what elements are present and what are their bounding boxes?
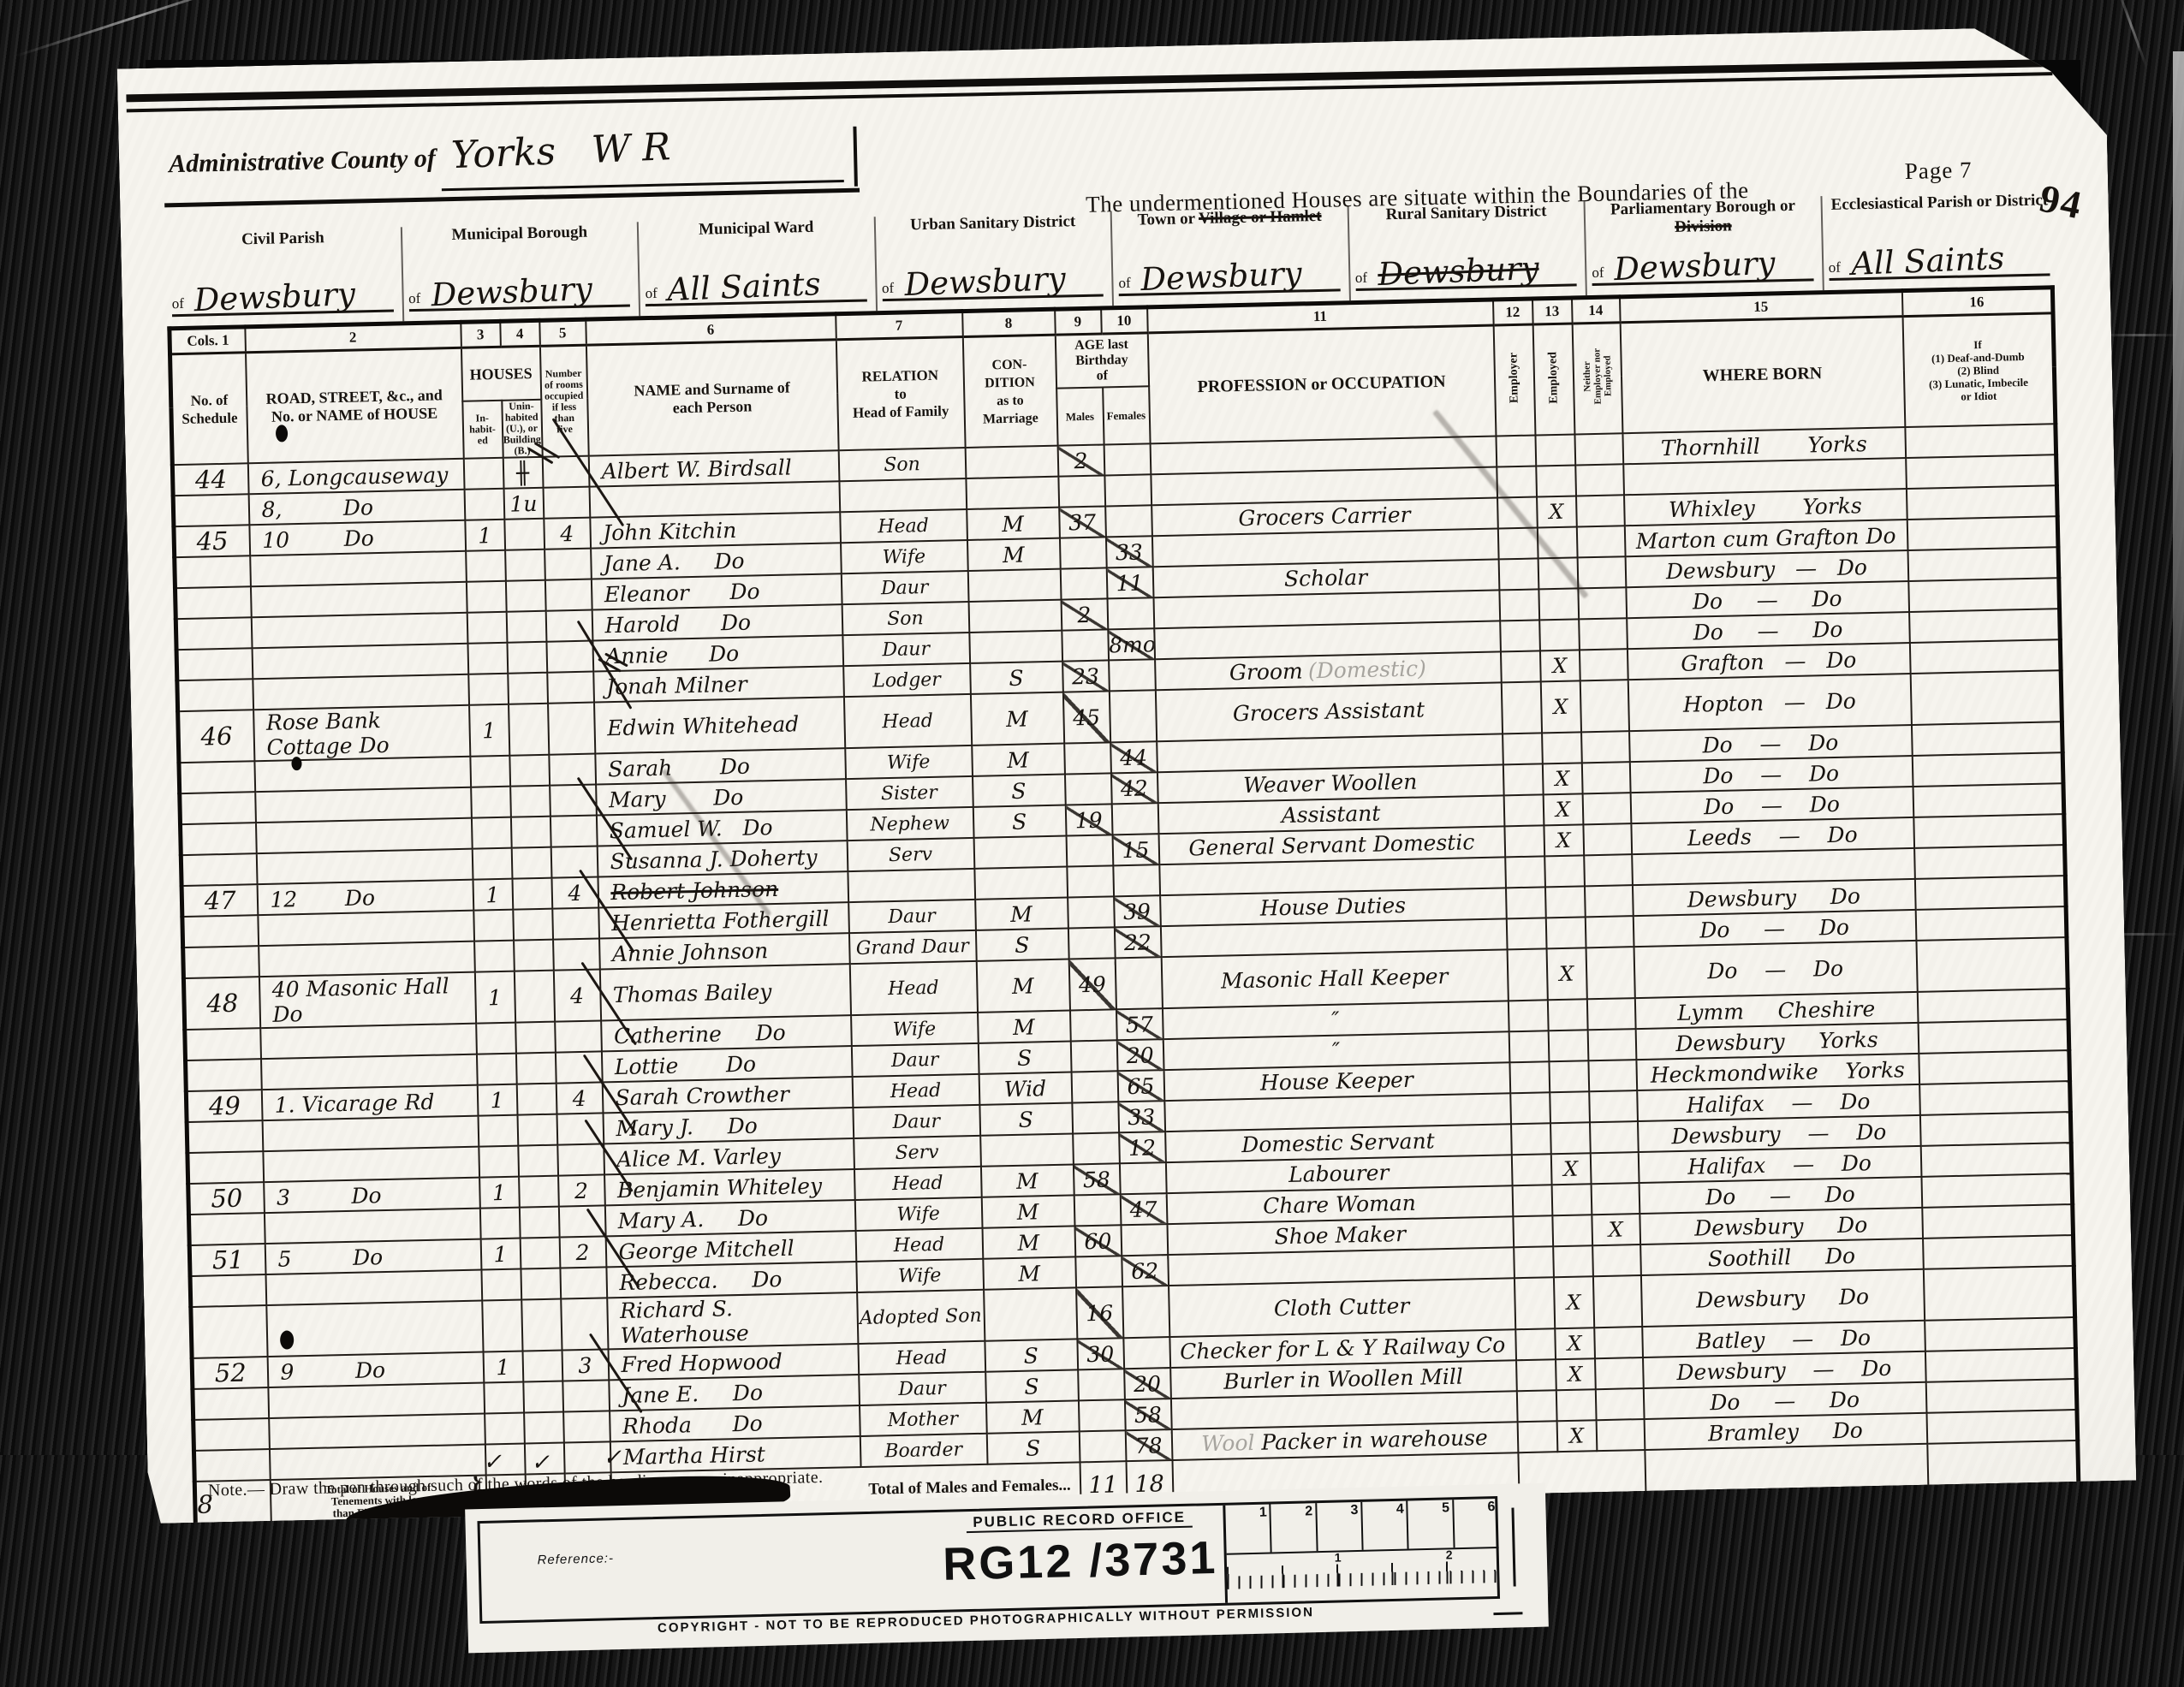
of-label: of	[172, 295, 185, 312]
age-female-cell	[1109, 659, 1156, 691]
condition-cell	[966, 477, 1059, 509]
schedule-cell	[193, 1449, 270, 1482]
employed-cell: X	[1556, 1358, 1596, 1390]
infirmity-cell	[1913, 814, 2065, 848]
employed-cell: X	[1537, 496, 1577, 527]
header-field: Ecclesiastical Parish or District of All…	[1822, 191, 2059, 290]
infirmity-cell	[1907, 547, 2059, 581]
schedule-cell	[191, 1305, 267, 1358]
cm-ruler: 1 2	[1227, 1548, 1500, 1589]
relation-cell: Daur	[859, 1372, 986, 1405]
neither-cell	[1595, 1357, 1644, 1389]
age-female-cell	[1105, 505, 1152, 537]
occupation-text: Shoe Maker	[1274, 1221, 1406, 1249]
field-value-line: of Dewsbury	[1591, 234, 1813, 286]
inch-ruler-cell: 3	[1317, 1502, 1364, 1551]
age-female-cell: 11	[1106, 567, 1153, 598]
schedule-cell: 52	[192, 1357, 268, 1389]
field-value: Dewsbury	[193, 276, 356, 318]
header-males: Males	[1056, 388, 1104, 446]
employed-cell	[1550, 1122, 1591, 1154]
neither-cell	[1590, 1152, 1639, 1184]
relation-cell: Grand Daur	[848, 930, 976, 964]
condition-cell: S	[972, 775, 1065, 807]
age-male-cell	[1058, 475, 1105, 507]
age-female-cell: 12	[1119, 1132, 1166, 1163]
age-female-cell: 15	[1112, 834, 1159, 865]
occupation-text: Assistant	[1281, 801, 1380, 829]
condition-cell: S	[975, 929, 1068, 961]
house-cell: 9 Do	[267, 1352, 484, 1387]
house-cell	[269, 1445, 485, 1480]
occupation-text: Chare Woman	[1263, 1191, 1416, 1219]
schedule-cell: 45	[174, 525, 250, 557]
header-field: Urban Sanitary District of Dewsbury	[875, 211, 1114, 311]
house-cell	[256, 849, 473, 884]
relation-cell: Head	[840, 509, 967, 543]
infirmity-cell	[1925, 1348, 2076, 1382]
field-value: All Saints	[667, 265, 822, 308]
schedule-cell	[190, 1274, 266, 1307]
occupation-text: Cloth Cutter	[1274, 1293, 1410, 1321]
census-table: Cols. 1 2 3 4 5 6 7 8 9 10 11 12 13 14 1…	[167, 285, 2080, 1531]
inhabited-cell	[467, 612, 507, 644]
header-houses-group: HOUSES	[461, 346, 540, 401]
condition-cell	[984, 1287, 1077, 1340]
occupation-cell: Cloth Cutter	[1169, 1278, 1515, 1337]
occupation-text: Groom	[1229, 658, 1303, 685]
house-cell	[250, 582, 467, 617]
house-cell: 40 Masonic Hall Do	[259, 972, 475, 1028]
infirmity-cell	[1919, 1112, 2071, 1146]
infirmity-cell	[1917, 989, 2068, 1023]
age-female-cell	[1121, 1224, 1168, 1256]
uninhabited-cell	[512, 878, 552, 910]
header-road: ROAD, STREET, &c., and No. or NAME of HO…	[245, 347, 463, 463]
relation-cell: Son	[842, 602, 969, 635]
age-male-cell	[1078, 1399, 1125, 1431]
relation-cell: Head	[854, 1167, 981, 1200]
header-inhabited: In- habit- ed	[462, 401, 503, 459]
schedule-cell	[183, 946, 259, 978]
inhabited-cell: 1	[477, 1084, 517, 1116]
condition-cell	[969, 631, 1062, 663]
occupation-text: Domestic Servant	[1241, 1128, 1435, 1157]
of-label: of	[1118, 275, 1131, 292]
header-infirm: If (1) Deaf-and-Dumb (2) Blind (3) Lunat…	[1902, 313, 2056, 427]
rooms-cell: 2	[558, 1174, 605, 1206]
cm-number: 1	[1335, 1550, 1342, 1564]
age-male-cell: 2	[1057, 444, 1104, 476]
scratch-streak	[15, 0, 259, 57]
occupation-text: Burler in Woollen Mill	[1223, 1364, 1463, 1394]
uninhabited-cell	[518, 1145, 558, 1177]
inhabited-cell	[463, 458, 503, 490]
occupation-cell: Grocers Assistant	[1155, 682, 1502, 741]
age-male-cell	[1060, 567, 1107, 599]
field-value: Dewsbury	[1377, 250, 1539, 293]
condition-cell: M	[976, 959, 1069, 1013]
check-mark: ✓	[603, 1445, 622, 1470]
employer-cell	[1505, 887, 1545, 918]
condition-cell: M	[967, 508, 1060, 540]
schedule-cell: 49	[186, 1090, 262, 1122]
age-female-cell: 20	[1124, 1368, 1171, 1399]
schedule-cell	[177, 679, 253, 711]
rooms-cell	[550, 846, 598, 878]
relation-cell: Sister	[846, 776, 973, 810]
relation-cell: Daur	[851, 1043, 979, 1077]
age-male-cell: 58	[1073, 1163, 1120, 1195]
age-female-cell	[1104, 474, 1152, 506]
field-label: Civil Parish	[170, 227, 396, 251]
occupation-text: Grocers Carrier	[1238, 502, 1411, 531]
field-value: Dewsbury	[1140, 255, 1303, 298]
employer-cell	[1503, 794, 1544, 826]
infirmity-cell	[1920, 1143, 2072, 1177]
neither-cell	[1588, 1060, 1637, 1091]
age-female-cell: 20	[1116, 1039, 1163, 1071]
relation-cell: Lodger	[843, 663, 971, 697]
schedule-cell: 50	[188, 1182, 265, 1215]
employer-cell	[1500, 650, 1540, 682]
field-value: All Saints	[1850, 240, 2005, 282]
relation-cell: Wife	[841, 540, 968, 573]
age-male-cell: 16	[1076, 1286, 1123, 1339]
employer-cell	[1499, 589, 1539, 621]
col-number: Cols. 1	[170, 327, 246, 354]
inhabited-cell	[464, 489, 504, 520]
uninhabited-cell	[510, 817, 550, 848]
age-female-cell: 42	[1110, 772, 1157, 804]
age-female-cell	[1111, 803, 1158, 835]
condition-cell	[980, 1133, 1074, 1166]
neither-cell	[1584, 885, 1633, 917]
field-value-line: of All Saints	[1828, 229, 2050, 281]
neither-cell	[1584, 854, 1633, 886]
county-box-bottom	[164, 188, 860, 208]
age-male-cell: 37	[1059, 506, 1106, 538]
condition-cell: S	[979, 1102, 1073, 1135]
field-value: Dewsbury	[430, 270, 592, 313]
employer-cell	[1504, 825, 1544, 857]
field-label: Municipal Ward	[644, 217, 869, 241]
uninhabited-cell	[505, 580, 545, 612]
rooms-cell: 2	[559, 1236, 606, 1268]
name-cell: Edwin Whitehead	[594, 697, 845, 753]
header-schedule: No. of Schedule	[170, 353, 248, 465]
occupation-text: Checker for L & Y Railway Co	[1180, 1333, 1506, 1364]
occupation-text: Labourer	[1288, 1160, 1390, 1187]
header-name: NAME and Surname of each Person	[586, 340, 838, 456]
cm-number: 2	[1446, 1547, 1453, 1561]
condition-cell: M	[982, 1226, 1075, 1258]
age-female-cell: 39	[1114, 895, 1161, 927]
col-number: 7	[836, 312, 963, 340]
field-value-line: of Dewsbury	[881, 249, 1104, 301]
uninhabited-cell	[519, 1207, 559, 1239]
rooms-cell	[550, 785, 597, 817]
employed-cell: X	[1553, 1276, 1593, 1328]
uninhabited-cell	[513, 909, 553, 941]
uninhabited-cell	[519, 1176, 559, 1208]
inhabited-cell	[471, 817, 511, 849]
schedule-cell	[180, 792, 256, 824]
employed-cell	[1547, 999, 1587, 1031]
col-number: 9	[1055, 308, 1102, 335]
neither-cell	[1586, 947, 1634, 999]
age-male-cell	[1072, 1102, 1119, 1133]
inch-ruler: 123456	[1225, 1499, 1498, 1555]
census-scan: { "page": { "page_label": "Page 7", "fol…	[0, 0, 2184, 1687]
condition-cell: M	[967, 538, 1060, 571]
employed-cell	[1544, 855, 1585, 887]
employer-cell	[1509, 1031, 1549, 1062]
infirmity-cell	[1919, 1050, 2070, 1084]
condition-cell: M	[981, 1195, 1074, 1227]
inhabited-cell	[476, 1023, 516, 1054]
age-male-cell: 2	[1061, 598, 1108, 630]
neither-cell	[1581, 731, 1630, 763]
employed-cell: X	[1546, 947, 1586, 1000]
inhabited-cell	[473, 910, 514, 942]
infirmity-cell	[1908, 578, 2060, 612]
infirmity-cell	[1915, 906, 2067, 941]
schedule-cell	[193, 1387, 269, 1420]
condition-cell: M	[978, 1011, 1071, 1043]
inhabited-cell	[474, 941, 515, 972]
schedule-cell	[187, 1151, 264, 1184]
inhabited-cell: 1	[473, 879, 513, 911]
uninhabited-cell	[521, 1299, 562, 1351]
col-number: 4	[500, 320, 540, 347]
inhabited-cell	[482, 1300, 522, 1352]
house-cell	[265, 1270, 482, 1305]
age-male-cell: 60	[1074, 1225, 1122, 1256]
employer-cell	[1498, 558, 1538, 590]
relation-cell: Son	[838, 448, 966, 481]
employer-cell	[1509, 1061, 1550, 1093]
uninhabited-cell	[515, 1053, 556, 1084]
check-mark: ✓	[531, 1450, 550, 1476]
house-cell: Rose Bank Cottage Do	[253, 705, 470, 761]
employed-cell	[1538, 588, 1579, 620]
age-male-cell	[1064, 742, 1111, 774]
header-where-born: WHERE BORN	[1620, 317, 1905, 434]
field-value-line: of Dewsbury	[408, 260, 630, 312]
schedule-cell	[175, 555, 251, 588]
condition-cell	[965, 446, 1058, 478]
employed-cell	[1550, 1091, 1590, 1123]
house-cell	[259, 942, 475, 977]
of-label: of	[408, 290, 421, 307]
schedule-cell: 44	[172, 463, 248, 496]
employer-cell	[1512, 1185, 1552, 1216]
age-female-cell: 57	[1116, 1008, 1163, 1040]
house-cell	[263, 1147, 479, 1182]
inhabited-cell: 1	[479, 1177, 520, 1209]
age-female-cell	[1119, 1162, 1166, 1194]
condition-cell: M	[980, 1164, 1074, 1197]
age-male-cell	[1070, 1040, 1117, 1072]
col-number: 14	[1571, 297, 1620, 324]
rooms-cell	[552, 908, 599, 940]
inhabited-cell: 1	[474, 971, 515, 1024]
employer-cell	[1511, 1123, 1551, 1155]
age-female-cell	[1107, 597, 1154, 629]
condition-cell: M	[975, 898, 1068, 930]
employer-cell	[1510, 1092, 1550, 1124]
schedule-cell	[181, 853, 257, 886]
stamp-reference-label: Reference:-	[537, 1551, 614, 1567]
header-uninhabited: Unin- habited (U.), or Building (B.)	[502, 400, 542, 458]
age-male-cell	[1075, 1256, 1122, 1287]
age-female-cell: 78	[1125, 1429, 1172, 1461]
house-cell	[252, 644, 468, 679]
header-field: Parliamentary Borough or Division of Dew…	[1586, 196, 1824, 295]
age-male-cell	[1069, 1009, 1116, 1041]
header-field: Town or Village or Hamlet of Dewsbury	[1112, 206, 1351, 306]
name-cell: Richard S. Waterhouse	[607, 1292, 858, 1349]
white-edge-sliver	[2173, 51, 2184, 822]
neither-cell	[1575, 464, 1624, 496]
inch-ruler-cell: 6	[1454, 1499, 1499, 1547]
uninhabited-cell	[514, 940, 554, 971]
age-female-cell	[1109, 690, 1156, 742]
house-cell: 5 Do	[265, 1239, 481, 1274]
neither-cell	[1585, 916, 1634, 947]
header-age-group: AGE last Birthday of	[1055, 333, 1148, 389]
check-mark: ✓	[483, 1449, 502, 1475]
inhabited-cell	[470, 756, 510, 787]
col-number: 10	[1101, 307, 1148, 334]
age-female-cell	[1115, 957, 1162, 1009]
age-male-cell: 23	[1062, 660, 1110, 692]
header-relation: RELATION to Head of Family	[836, 337, 965, 451]
rooms-cell: 4	[556, 1082, 603, 1114]
stamp-mark-vertical	[1511, 1508, 1515, 1587]
relation-cell: Serv	[854, 1136, 981, 1169]
inhabited-cell	[476, 1054, 516, 1085]
neither-cell	[1576, 495, 1625, 526]
infirmity-cell	[1919, 1081, 2071, 1115]
employed-cell: X	[1540, 680, 1580, 733]
relation-cell: Wife	[856, 1259, 984, 1292]
age-male-cell: 49	[1068, 958, 1116, 1010]
uninhabited-cell	[517, 1114, 557, 1146]
condition-cell: Wid	[979, 1072, 1072, 1104]
employer-cell	[1505, 856, 1545, 888]
scratch-streak	[2116, 0, 2147, 68]
rooms-cell	[548, 703, 595, 755]
rooms-cell	[555, 1020, 602, 1052]
neither-cell	[1595, 1388, 1644, 1420]
infirmity-cell	[1906, 485, 2057, 520]
condition-cell: S	[973, 805, 1066, 838]
inhabited-cell	[479, 1146, 519, 1178]
house-cell: 8, Do	[248, 490, 465, 525]
employed-cell: X	[1544, 824, 1584, 856]
occupation-text: ″	[1332, 1038, 1341, 1063]
relation-cell: Head	[849, 961, 977, 1015]
uninhabited-cell	[514, 971, 554, 1023]
rooms-cell	[553, 938, 600, 970]
neither-cell	[1594, 1327, 1643, 1358]
infirmity-cell	[1914, 876, 2066, 910]
relation-cell: Wife	[845, 745, 973, 779]
employer-cell	[1516, 1359, 1556, 1391]
uninhabited-cell	[510, 786, 550, 817]
schedule-cell	[182, 915, 259, 947]
uninhabited-cell: 1u	[503, 488, 544, 520]
relation-cell: Adopted Son	[857, 1290, 985, 1344]
rooms-cell	[543, 487, 590, 519]
header-field: Municipal Ward of All Saints	[639, 217, 878, 316]
condition-cell: S	[986, 1431, 1080, 1464]
col-number: 5	[539, 319, 586, 346]
scratch-streak	[2102, 334, 2179, 336]
employer-cell	[1503, 733, 1543, 764]
schedule-cell	[175, 586, 251, 619]
neither-cell	[1579, 618, 1628, 650]
rooms-cell	[555, 1051, 602, 1083]
col-number: 8	[962, 309, 1056, 336]
age-female-cell: 62	[1122, 1255, 1169, 1286]
occupation-text: Masonic Hall Keeper	[1221, 964, 1449, 994]
admin-county-label: Administrative County of	[169, 144, 436, 178]
field-label: Ecclesiastical Parish or District	[1827, 191, 2052, 215]
house-cell	[255, 787, 472, 823]
relation-cell: Daur	[841, 571, 968, 604]
house-cell: 10 Do	[249, 520, 466, 555]
uninhabited-cell	[504, 519, 545, 550]
employer-cell	[1507, 948, 1547, 1001]
col-number: 12	[1492, 299, 1532, 325]
house-cell	[255, 818, 472, 853]
of-label: of	[645, 285, 658, 302]
house-cell	[261, 1054, 478, 1090]
employed-cell: X	[1556, 1420, 1597, 1452]
inhabited-cell: 1	[465, 520, 505, 551]
age-male-cell	[1059, 537, 1106, 568]
occupation-text: Grocers Assistant	[1233, 697, 1425, 726]
relation-cell: Wife	[854, 1197, 982, 1231]
neither-cell	[1589, 1090, 1638, 1122]
rooms-cell	[560, 1267, 607, 1298]
field-value-line: of Dewsbury	[1354, 239, 1577, 291]
employed-cell: X	[1539, 650, 1580, 681]
rooms-cell	[562, 1380, 610, 1411]
condition-cell: M	[983, 1256, 1076, 1289]
infirmity-cell	[1923, 1266, 2074, 1321]
neither-cell	[1592, 1244, 1641, 1276]
neither-cell	[1589, 1121, 1638, 1153]
age-male-cell	[1071, 1071, 1118, 1102]
age-female-cell: 8mo	[1108, 628, 1155, 660]
age-female-cell	[1122, 1286, 1169, 1338]
rooms-cell	[550, 816, 597, 847]
inhabited-cell: 1	[480, 1239, 521, 1270]
age-male-cell	[1074, 1194, 1121, 1226]
field-value-line: of Dewsbury	[171, 265, 394, 318]
uninhabited-cell	[520, 1238, 560, 1269]
uninhabited-cell	[505, 549, 545, 581]
employed-cell: X	[1542, 763, 1582, 794]
house-cell	[266, 1301, 483, 1357]
header-condition: CON- DITION as to Marriage	[962, 335, 1057, 448]
totals-blank	[1645, 1444, 1928, 1498]
employed-cell	[1552, 1215, 1592, 1246]
